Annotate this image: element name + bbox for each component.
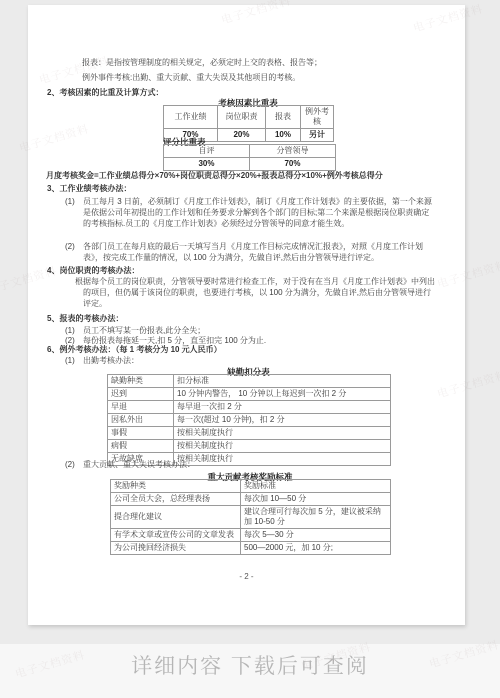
bonus-formula: 月度考核奖金=工作业绩总得分×70%+岗位职责总得分×20%+报表总得分×10%… bbox=[46, 170, 383, 181]
table-cell: 每次 5—30 分 bbox=[241, 529, 391, 542]
table-cell: 建议合理可行每次加 5 分，建议被采纳加 10-50 分 bbox=[241, 506, 391, 529]
table-cell: 缺勤种类 bbox=[108, 375, 174, 388]
section-6-sub-2: (2) 重大贡献、重大失误考核办法： bbox=[65, 459, 435, 470]
document-page: 报表：是指按管理制度的相关规定，必须定时上交的表格、报告等； 例外事件考核:出勤… bbox=[28, 5, 465, 625]
section-2-heading: 2、考核因素的比重及计算方式： bbox=[47, 87, 163, 98]
item-marker: (2) bbox=[65, 241, 75, 252]
item-text: 重大贡献、重大失误考核办法： bbox=[83, 460, 195, 469]
table-cell: 岗位职责 bbox=[218, 106, 266, 129]
absence-deduction-table: 缺勤种类扣分标准迟到10 分钟内警告， 10 分钟以上每迟到一次扣 2 分早退每… bbox=[107, 374, 391, 466]
table-cell: 公司全员大会，总经理表扬 bbox=[111, 493, 241, 506]
table-cell: 事假 bbox=[108, 427, 174, 440]
table-cell: 按相关制度执行 bbox=[174, 427, 391, 440]
table-cell: 因私外出 bbox=[108, 414, 174, 427]
section-5-heading: 5、报表的考核办法： bbox=[47, 313, 123, 324]
table-cell: 为公司挽回经济损失 bbox=[111, 542, 241, 555]
section-3-heading: 3、工作业绩考核办法： bbox=[47, 183, 131, 194]
table-cell: 有学术文章或宣传公司的文章发表 bbox=[111, 529, 241, 542]
table-cell: 报表 bbox=[266, 106, 301, 129]
section-4-paragraph: 根据每个员工的岗位职责，分管领导要时常进行检查工作，对于没有在当月《月度工作计划… bbox=[83, 276, 435, 309]
table-cell: 例外考核 bbox=[301, 106, 334, 129]
table-cell: 按相关制度执行 bbox=[174, 440, 391, 453]
table-cell: 10% bbox=[266, 129, 301, 142]
intro-line-1: 报表：是指按管理制度的相关规定，必须定时上交的表格、报告等； bbox=[82, 57, 322, 68]
item-text: 员工不填写某一份报表,此分全失； bbox=[83, 326, 205, 335]
item-text: 出勤考核办法： bbox=[83, 356, 139, 365]
table-cell: 分管领导 bbox=[250, 145, 336, 158]
table-cell: 提合理化建议 bbox=[111, 506, 241, 529]
table-cell: 工作业绩 bbox=[164, 106, 218, 129]
section-3-item-1: (1) 员工每月 3 日前，必须制订《月度工作计划表》，制订《月度工作计划表》的… bbox=[65, 196, 435, 229]
table-cell: 每次加 10—50 分 bbox=[241, 493, 391, 506]
table-cell: 病假 bbox=[108, 440, 174, 453]
item-marker: (1) bbox=[65, 196, 75, 207]
table-cell: 早退 bbox=[108, 401, 174, 414]
table-cell: 每一次(超过 10 分钟)，扣 2 分 bbox=[174, 414, 391, 427]
table-cell: 扣分标准 bbox=[174, 375, 391, 388]
intro-line-2: 例外事件考核:出勤、重大贡献、重大失误及其他项目的考核。 bbox=[82, 72, 300, 83]
item-text: 各部门员工在每月底的最后一天填写当月《月度工作目标完成情况汇报表》，对照《月度工… bbox=[83, 242, 423, 262]
table-cell: 奖励种类 bbox=[111, 480, 241, 493]
table-cell: 迟到 bbox=[108, 388, 174, 401]
table-cell: 每早退一次扣 2 分 bbox=[174, 401, 391, 414]
table-cell: 20% bbox=[218, 129, 266, 142]
table-cell: 70% bbox=[250, 158, 336, 171]
item-marker: (2) bbox=[65, 459, 75, 470]
table-cell: 30% bbox=[164, 158, 250, 171]
table-cell: 10 分钟内警告， 10 分钟以上每迟到一次扣 2 分 bbox=[174, 388, 391, 401]
footer-notice: 详细内容 下载后可查阅 bbox=[0, 650, 500, 680]
major-contribution-reward-table: 奖励种类奖励标准公司全员大会，总经理表扬每次加 10—50 分提合理化建议建议合… bbox=[110, 479, 391, 555]
item-text: 员工每月 3 日前，必须制订《月度工作计划表》，制订《月度工作计划表》的主要依据… bbox=[83, 197, 432, 228]
table-cell: 另计 bbox=[301, 129, 334, 142]
section-3-item-2: (2) 各部门员工在每月底的最后一天填写当月《月度工作目标完成情况汇报表》，对照… bbox=[65, 241, 435, 263]
section-4-heading: 4、岗位职责的考核办法： bbox=[47, 265, 139, 276]
section-6-heading: 6、例外考核办法：（每 1 考核分为 10 元人民币） bbox=[47, 344, 222, 355]
page-number: - 2 - bbox=[28, 572, 465, 581]
table-cell: 奖励标准 bbox=[241, 480, 391, 493]
section-6-sub-1: (1) 出勤考核办法： bbox=[65, 355, 435, 366]
table-cell: 500—2000 元，加 10 分; bbox=[241, 542, 391, 555]
table-cell: 自评 bbox=[164, 145, 250, 158]
score-weight-table: 自评分管领导30%70% bbox=[163, 144, 336, 171]
item-marker: (1) bbox=[65, 355, 75, 366]
document-preview-screen: { "doc": { "intro_lines": [ "报表：是指按管理制度的… bbox=[0, 0, 500, 698]
